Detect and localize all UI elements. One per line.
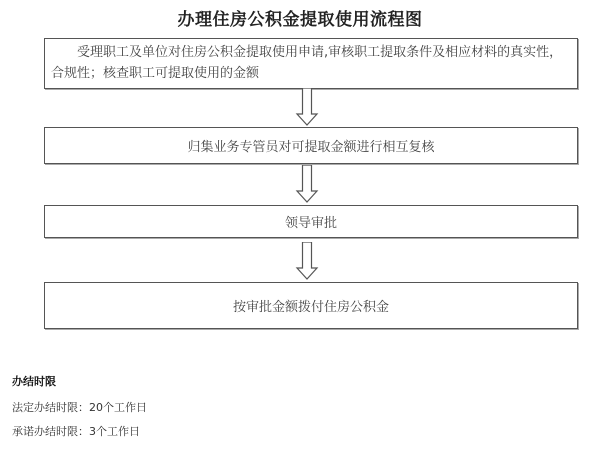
step-1-box: 受理职工及单位对住房公积金提取使用申请,审核职工提取条件及相应材料的真实性，合规… — [44, 38, 578, 89]
flowchart-title: 办理住房公积金提取使用流程图 — [0, 5, 600, 30]
step-2-label: 归集业务专管员对可提取金额进行相互复核 — [187, 136, 434, 155]
promised-deadline: 承诺办结时限：3个工作日 — [12, 423, 140, 439]
step-3-label: 领导审批 — [285, 212, 337, 231]
step-4-label: 按审批金额拨付住房公积金 — [233, 296, 389, 315]
step-2-box: 归集业务专管员对可提取金额进行相互复核 — [44, 127, 578, 164]
down-arrow-icon — [295, 88, 319, 126]
deadline-heading: 办结时限 — [12, 373, 56, 389]
step-3-box: 领导审批 — [44, 205, 578, 238]
statutory-deadline: 法定办结时限：20个工作日 — [12, 399, 147, 415]
down-arrow-icon — [295, 242, 319, 280]
down-arrow-icon — [295, 165, 319, 203]
step-1-label: 受理职工及单位对住房公积金提取使用申请,审核职工提取条件及相应材料的真实性，合规… — [51, 42, 571, 84]
step-4-box: 按审批金额拨付住房公积金 — [44, 282, 578, 329]
